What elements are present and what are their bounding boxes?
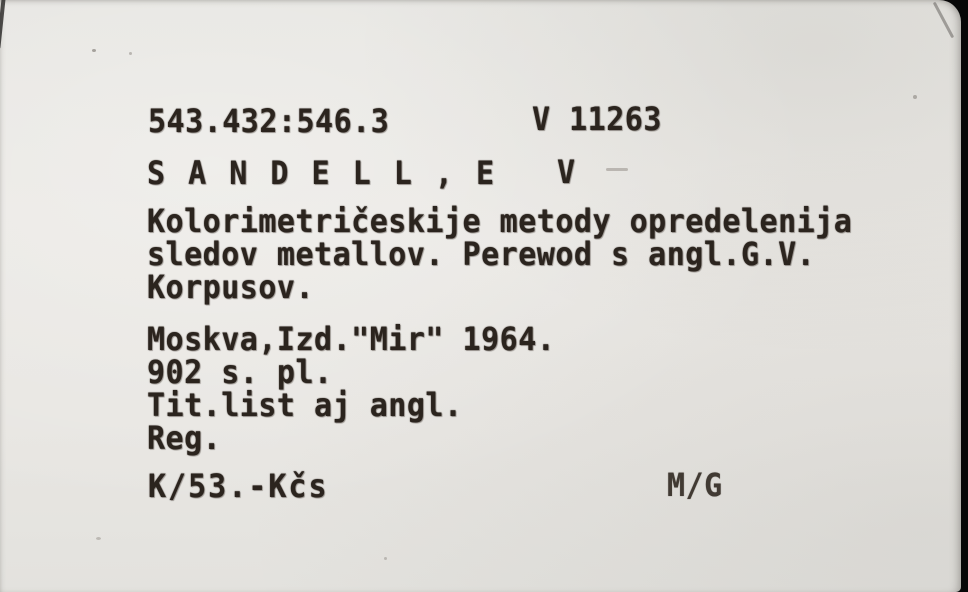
torn-edge-mark [0,0,6,49]
ink-smudge [606,168,628,171]
classification-number: 543.432:546.3 [148,106,389,138]
author-heading: S A N D E L L , E [147,158,497,190]
collation-line: 902 s. pl. [147,357,333,389]
paper-speck [96,537,101,540]
title-line: Kolorimetričeskije metody opredelenija [147,206,852,238]
title-line: Korpusov. [147,272,314,304]
paper-speck [129,52,132,55]
title-line: sledov metallov. Perewod s angl.G.V. [147,239,815,271]
paper-speck [384,557,387,560]
price-code: K/53.-Kčs [148,471,329,503]
scan-background: 543.432:546.3 V 11263 S A N D E L L , E … [0,0,968,592]
note-line: Reg. [147,423,221,455]
paper-speck [913,95,917,99]
author-mark: V [557,157,576,189]
corner-crease [933,2,954,39]
note-line: Tit.list aj angl. [147,390,463,422]
shelfmark: V 11263 [532,104,662,136]
paper-speck [92,49,96,52]
cataloguer-initials: M/G [667,470,723,502]
catalog-card: 543.432:546.3 V 11263 S A N D E L L , E … [0,0,961,592]
imprint-line: Moskva,Izd."Mir" 1964. [147,324,555,356]
